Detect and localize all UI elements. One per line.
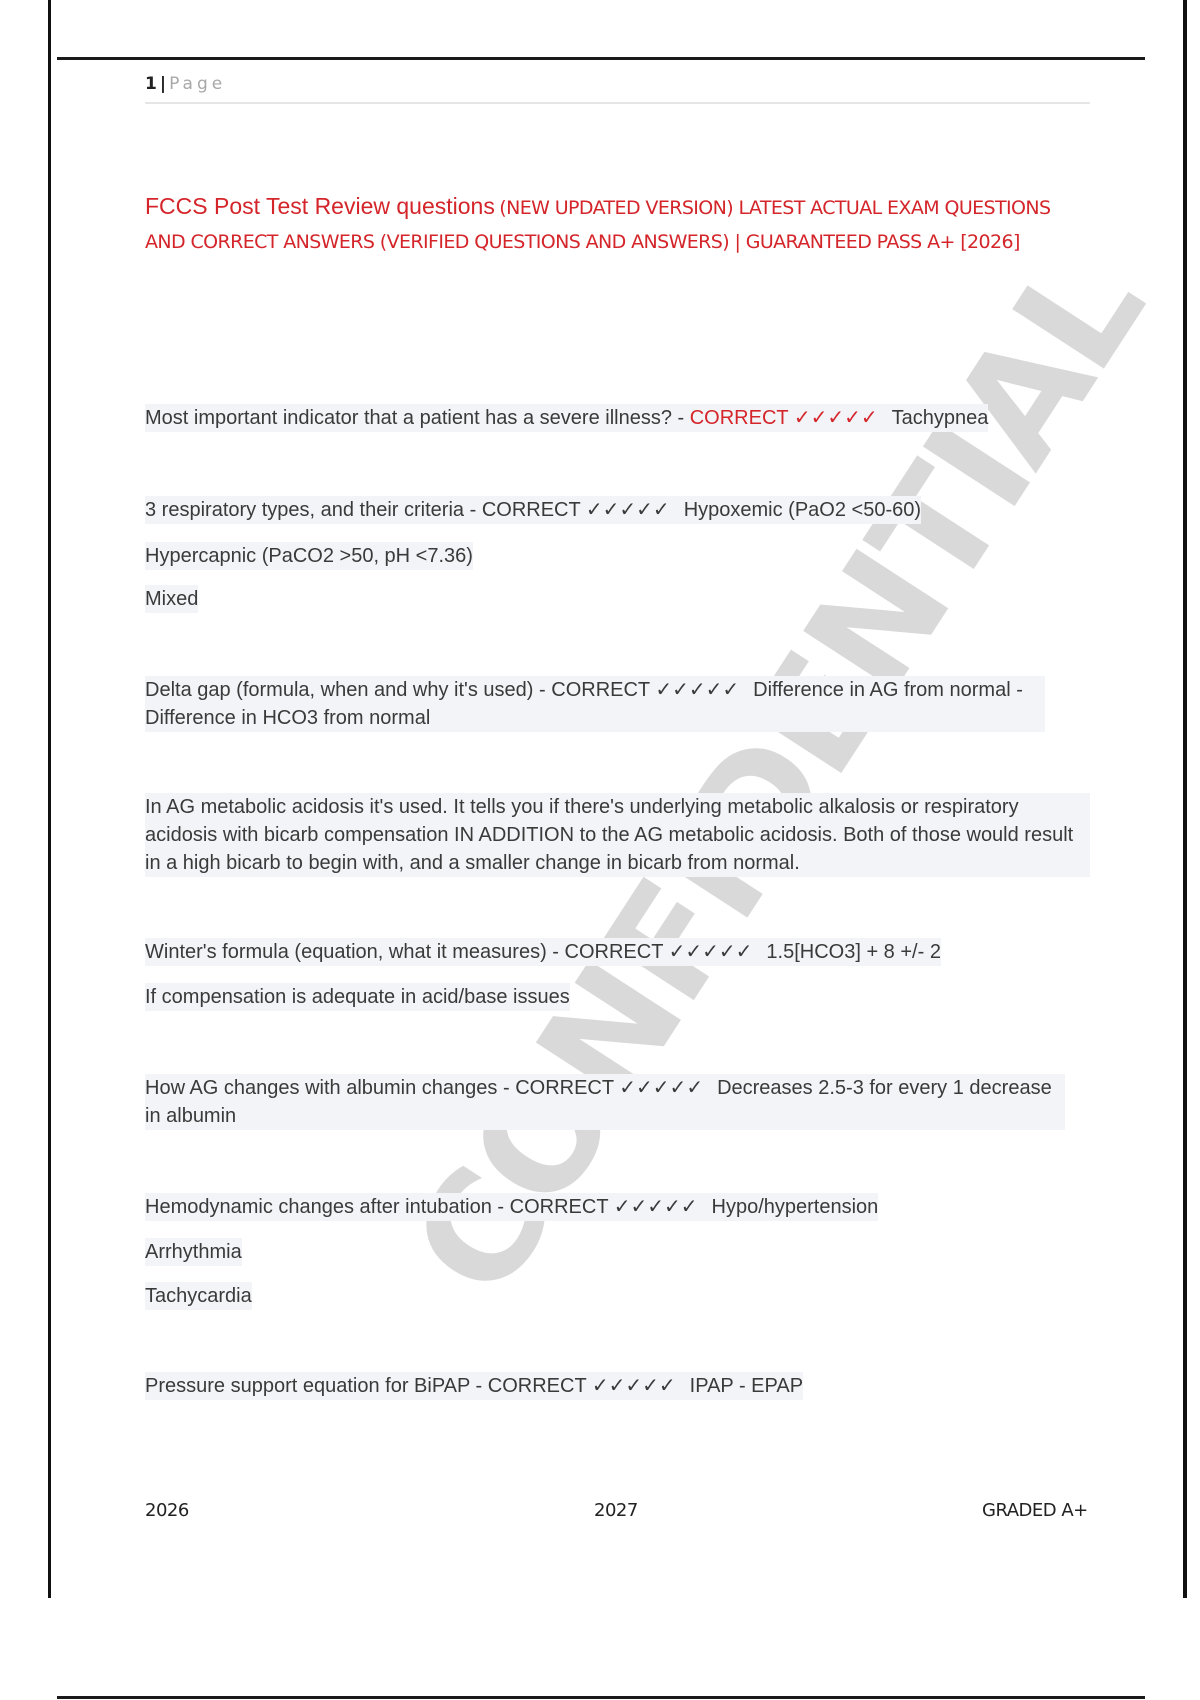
answer-extra-line: Arrhythmia bbox=[145, 1238, 242, 1266]
right-page-border bbox=[1183, 0, 1187, 1598]
title-lead: FCCS Post Test Review questions bbox=[145, 193, 495, 219]
correct-marker: CORRECT ✓✓✓✓✓ bbox=[482, 499, 670, 521]
correct-marker: CORRECT ✓✓✓✓✓ bbox=[551, 679, 739, 701]
page-separator: | bbox=[160, 74, 166, 94]
question-text: Most important indicator that a patient … bbox=[145, 407, 684, 429]
qa-item: Delta gap (formula, when and why it's us… bbox=[145, 676, 1045, 732]
answer-extra-line: Hypercapnic (PaCO2 >50, pH <7.36) bbox=[145, 542, 473, 570]
question-text: Winter's formula (equation, what it meas… bbox=[145, 941, 559, 963]
question-text: Hemodynamic changes after intubation - bbox=[145, 1196, 504, 1218]
top-rule bbox=[57, 57, 1145, 60]
confidential-watermark: CONFIDENTIAL bbox=[379, 228, 1176, 1326]
question-text: Delta gap (formula, when and why it's us… bbox=[145, 679, 546, 701]
qa-item: Hemodynamic changes after intubation - C… bbox=[145, 1193, 878, 1221]
correct-marker: CORRECT ✓✓✓✓✓ bbox=[510, 1196, 698, 1218]
bottom-rule bbox=[57, 1696, 1145, 1699]
answer-extra-line: If compensation is adequate in acid/base… bbox=[145, 983, 570, 1011]
answer-extra-line: Tachycardia bbox=[145, 1282, 252, 1310]
correct-marker: CORRECT ✓✓✓✓✓ bbox=[488, 1375, 676, 1397]
qa-item: 3 respiratory types, and their criteria … bbox=[145, 496, 921, 524]
page-number: 1 bbox=[145, 74, 157, 94]
question-text: 3 respiratory types, and their criteria … bbox=[145, 499, 476, 521]
answer-extra-line: Mixed bbox=[145, 585, 198, 613]
question-text: Pressure support equation for BiPAP - bbox=[145, 1375, 482, 1397]
qa-item: Most important indicator that a patient … bbox=[145, 404, 988, 432]
correct-marker: CORRECT ✓✓✓✓✓ bbox=[515, 1077, 703, 1099]
answer-text: Tachypnea bbox=[892, 407, 989, 429]
page-header: 1|Page bbox=[145, 74, 1090, 104]
left-page-border bbox=[48, 0, 51, 1598]
answer-text: Hypoxemic (PaO2 <50-60) bbox=[684, 499, 921, 521]
footer-left: 2026 bbox=[145, 1500, 189, 1521]
qa-item: How AG changes with albumin changes - CO… bbox=[145, 1074, 1065, 1130]
qa-item: Winter's formula (equation, what it meas… bbox=[145, 938, 941, 966]
correct-marker: CORRECT ✓✓✓✓✓ bbox=[565, 941, 753, 963]
correct-marker: CORRECT ✓✓✓✓✓ bbox=[690, 407, 878, 429]
answer-text: Hypo/hypertension bbox=[712, 1196, 879, 1218]
answer-extra-paragraph: In AG metabolic acidosis it's used. It t… bbox=[145, 793, 1090, 877]
answer-text: IPAP - EPAP bbox=[690, 1375, 803, 1397]
page-word: Page bbox=[169, 74, 226, 94]
answer-text: 1.5[HCO3] + 8 +/- 2 bbox=[766, 941, 941, 963]
question-text: How AG changes with albumin changes - bbox=[145, 1077, 510, 1099]
qa-item: Pressure support equation for BiPAP - CO… bbox=[145, 1372, 803, 1400]
footer-center: 2027 bbox=[594, 1500, 638, 1521]
footer-right: GRADED A+ bbox=[982, 1500, 1088, 1521]
document-title: FCCS Post Test Review questions (NEW UPD… bbox=[145, 190, 1095, 260]
